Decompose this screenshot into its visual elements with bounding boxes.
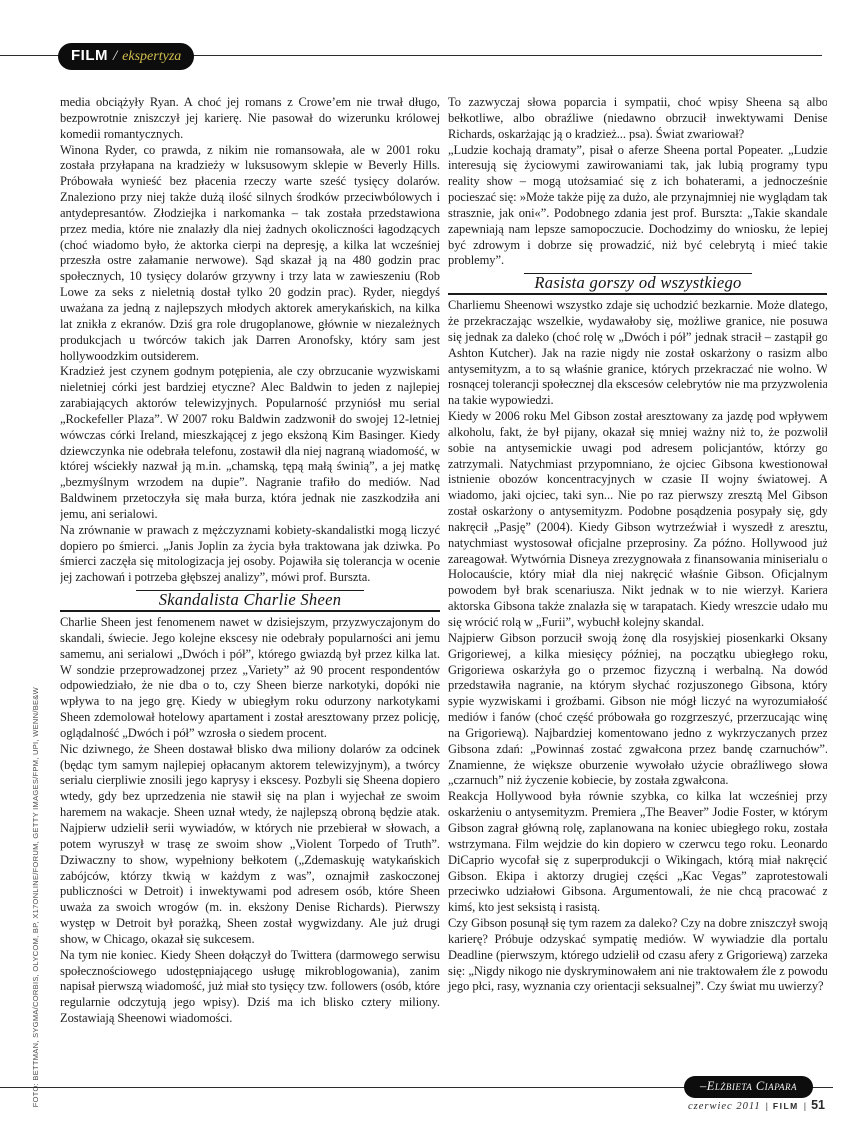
paragraph: To zazwyczaj słowa poparcia i sympatii, … <box>448 95 827 143</box>
paragraph: Nic dziwnego, że Sheen dostawał blisko d… <box>60 742 440 948</box>
footer-magazine-name: FILM <box>773 1101 799 1111</box>
author-byline: –Elżbieta Ciapara <box>684 1076 813 1098</box>
paragraph: Kradzież jest czynem godnym potępienia, … <box>60 364 440 522</box>
paragraph: Charliemu Sheenowi wszystko zdaje się uc… <box>448 298 827 409</box>
page-number: 51 <box>811 1098 825 1112</box>
issue-date: czerwiec 2011 <box>688 1101 761 1112</box>
paragraph: Na tym nie koniec. Kiedy Sheen dołączył … <box>60 948 440 1027</box>
logo-slash: / <box>113 48 117 65</box>
section-heading-block: Rasista gorszy od wszystkiego <box>448 273 827 295</box>
right-column: To zazwyczaj słowa poparcia i sympatii, … <box>448 95 827 1090</box>
paragraph: „Ludzie kochają dramaty”, pisał o aferze… <box>448 143 827 270</box>
article-body: media obciążyły Ryan. A choć jej romans … <box>60 95 827 1090</box>
section-heading-block: Skandalista Charlie Sheen <box>60 590 440 612</box>
paragraph: Czy Gibson posunął się tym razem za dale… <box>448 916 827 995</box>
section-heading-racist: Rasista gorszy od wszystkiego <box>448 274 827 292</box>
left-column: media obciążyły Ryan. A choć jej romans … <box>60 95 440 1090</box>
heading-bottom-rule <box>448 293 827 295</box>
paragraph: Charlie Sheen jest fenomenem nawet w dzi… <box>60 615 440 742</box>
section-name: ekspertyza <box>122 49 181 65</box>
paragraph: Winona Ryder, co prawda, z nikim nie rom… <box>60 143 440 365</box>
section-badge: FILM / ekspertyza <box>58 43 194 70</box>
heading-bottom-rule <box>60 610 440 612</box>
photo-credit: FOTO: BETTMAN, SYGMA/CORBIS, OLYCOM, BP,… <box>31 687 40 1107</box>
paragraph: Reakcja Hollywood była równie szybka, co… <box>448 789 827 916</box>
paragraph: Kiedy w 2006 roku Mel Gibson został ares… <box>448 409 827 631</box>
magazine-logo: FILM <box>71 47 108 64</box>
paragraph: Najpierw Gibson porzucił swoją żonę dla … <box>448 631 827 789</box>
footer-separator: | <box>766 1101 768 1111</box>
section-heading-sheen: Skandalista Charlie Sheen <box>60 591 440 609</box>
paragraph: media obciążyły Ryan. A choć jej romans … <box>60 95 440 143</box>
paragraph: Na zrównanie w prawach z mężczyznami kob… <box>60 523 440 586</box>
footer-separator: | <box>804 1101 806 1111</box>
page-footer: czerwiec 2011 | FILM | 51 <box>688 1098 825 1112</box>
